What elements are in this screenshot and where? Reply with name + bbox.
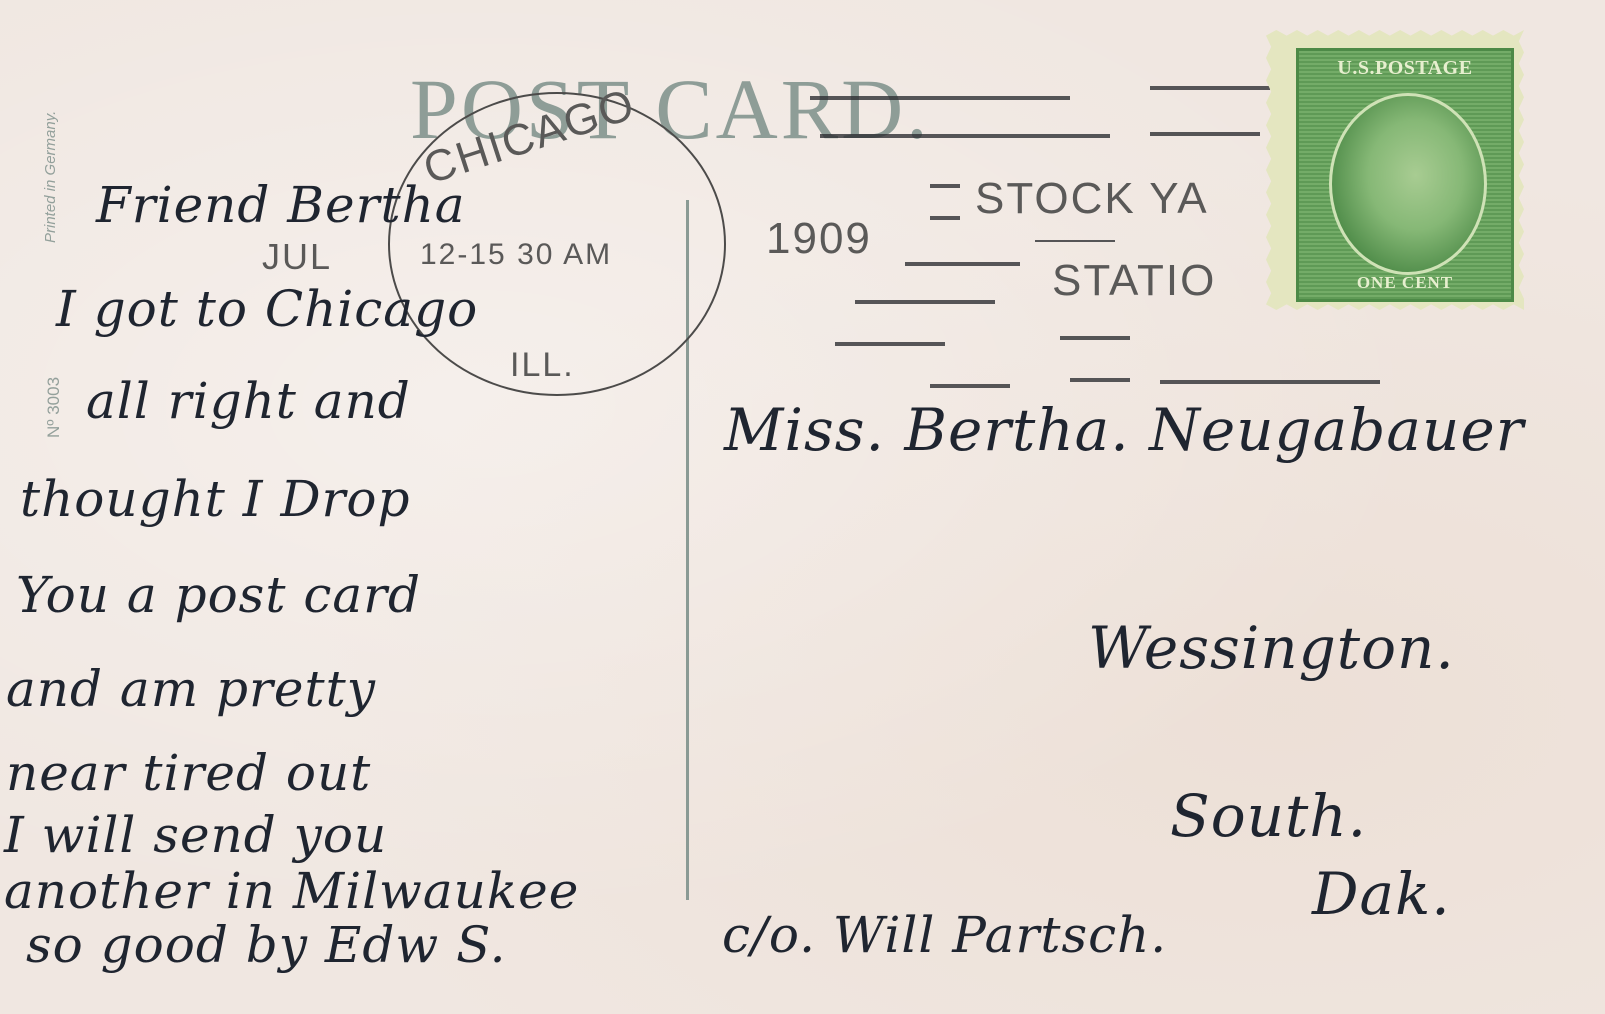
postmark-time: 12-15 30 AM <box>420 238 612 272</box>
postcard-back: POST CARD. Printed in Germany. Nº 3003 C… <box>0 0 1605 1014</box>
postmark-state: ILL. <box>510 346 575 385</box>
cancel-line <box>930 184 960 188</box>
cancel-line <box>1060 336 1130 340</box>
cancel-line <box>820 134 1110 138</box>
cancel-line <box>930 384 1010 388</box>
recipient-name: Miss. Bertha. Neugabauer <box>724 396 1524 464</box>
message-line: I will send you <box>4 806 387 864</box>
series-number: Nº 3003 <box>44 377 64 438</box>
message-line: all right and <box>86 372 411 430</box>
postmark-station-line2: STATIO <box>1052 256 1216 306</box>
message-line: thought I Drop <box>20 470 411 528</box>
cancel-line <box>1150 132 1260 136</box>
stamp-top-text: U.S.POSTAGE <box>1299 57 1511 80</box>
message-line: and am pretty <box>6 660 376 718</box>
cancel-line <box>1160 380 1380 384</box>
message-line: near tired out <box>6 744 371 802</box>
stamp-bottom-text: ONE CENT <box>1299 273 1511 293</box>
cancel-line <box>1035 240 1115 242</box>
message-signature: so good by Edw S. <box>26 916 506 974</box>
message-line: You a post card <box>16 566 421 624</box>
postmark-year: 1909 <box>766 214 872 264</box>
care-of-line: c/o. Will Partsch. <box>722 906 1167 964</box>
postage-stamp: U.S.POSTAGE ONE CENT <box>1266 30 1524 310</box>
cancel-line <box>835 342 945 346</box>
recipient-state-line1: South. <box>1170 782 1367 850</box>
cancel-line <box>930 216 960 220</box>
stamp-portrait-icon <box>1329 93 1487 275</box>
message-line: I got to Chicago <box>56 280 478 338</box>
postmark-month: JUL <box>262 236 332 278</box>
printed-in-germany-note: Printed in Germany. <box>42 111 59 243</box>
cancel-line <box>905 262 1020 266</box>
stamp-frame: U.S.POSTAGE ONE CENT <box>1296 48 1514 302</box>
message-line: another in Milwaukee <box>4 862 579 920</box>
recipient-city: Wessington. <box>1088 614 1455 682</box>
message-line: Friend Bertha <box>96 176 466 234</box>
cancel-line <box>1150 86 1270 90</box>
cancel-line <box>1070 378 1130 382</box>
cancel-line <box>855 300 995 304</box>
recipient-state-line2: Dak. <box>1312 860 1451 928</box>
cancel-line <box>810 96 1070 100</box>
postmark-station-line1: STOCK YA <box>975 174 1209 224</box>
